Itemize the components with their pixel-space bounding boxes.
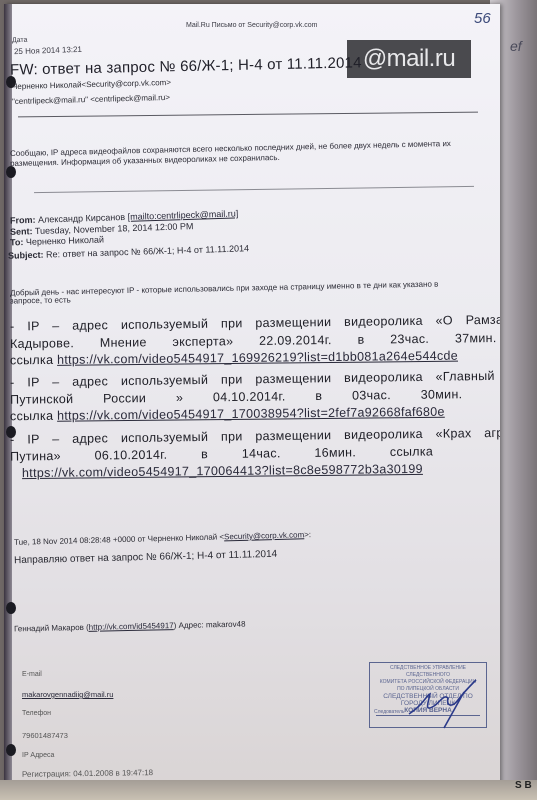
earlier-message-header: Tue, 18 Nov 2014 08:28:48 +0000 от Черне… bbox=[14, 530, 311, 547]
registration-date: Регистрация: 04.01.2008 в 19:47:18 bbox=[22, 768, 153, 779]
phone-value: 79601487473 bbox=[22, 731, 68, 740]
message-to: "centrlipeck@mail.ru" <centrlipeck@mail.… bbox=[12, 93, 170, 106]
printed-email-page: 56 Mail.Ru Письмо от Security@corp.vk.co… bbox=[4, 4, 500, 796]
mailto-link[interactable]: [mailto:centrlipeck@mail.ru] bbox=[127, 208, 238, 221]
print-header: Mail.Ru Письмо от Security@corp.vk.com bbox=[186, 22, 317, 29]
quoted-to: To: Черненко Николай bbox=[10, 235, 104, 248]
profile-name: Геннадий Макаров (http://vk.com/id545491… bbox=[14, 620, 246, 634]
request-item-1-link-row: ссылка https://vk.com/video5454917_16992… bbox=[10, 349, 458, 368]
phone-label: Телефон bbox=[22, 710, 51, 717]
request-item-2-line: - IP – адрес используемый при размещении… bbox=[10, 368, 500, 389]
request-item-3-line: - IP – адрес используемый при размещении… bbox=[10, 425, 500, 446]
date-label: Дата bbox=[12, 37, 28, 45]
earlier-message-text: Направляю ответ на запрос № 66/Ж-1; Н-4 … bbox=[14, 549, 277, 566]
quoted-intro: запросе, то есть bbox=[10, 295, 71, 305]
quoted-intro: Добрый день - нас интересуют IP - которы… bbox=[10, 280, 439, 298]
video-link-3[interactable]: https://vk.com/video5454917_170064413?li… bbox=[22, 462, 423, 480]
security-email-link[interactable]: Security@corp.vk.com bbox=[224, 530, 304, 541]
page-number: 56 bbox=[474, 10, 491, 27]
bottom-edge: S B bbox=[0, 780, 537, 800]
request-item-3-line: Путина» 06.10.2014г. в 14час. 16мин. ссы… bbox=[10, 444, 433, 463]
message-subject: FW: ответ на запрос № 66/Ж-1; Н-4 от 11.… bbox=[10, 54, 362, 78]
handwritten-signature bbox=[404, 676, 484, 736]
request-item-3-link-row: https://vk.com/video5454917_170064413?li… bbox=[22, 462, 423, 480]
request-item-1-line: Кадырове. Мнение эксперта» 22.09.2014г. … bbox=[10, 331, 497, 351]
video-link-1[interactable]: https://vk.com/video5454917_169926219?li… bbox=[57, 349, 458, 367]
message-from: Черненко Николай<Security@corp.vk.com> bbox=[12, 78, 171, 91]
profile-link[interactable]: http://vk.com/id5454917 bbox=[89, 621, 174, 632]
request-item-1-line: - IP – адрес используемый при размещении… bbox=[10, 312, 500, 333]
mailru-logo: @mail.ru bbox=[347, 40, 471, 78]
quote-divider bbox=[34, 186, 474, 193]
message-date: 25 Ноя 2014 13:21 bbox=[14, 45, 82, 56]
bottom-mark: S B bbox=[515, 780, 532, 791]
request-item-2-link-row: ссылка https://vk.com/video5454917_17003… bbox=[10, 405, 445, 424]
back-page-mark: ef bbox=[510, 38, 522, 54]
divider bbox=[18, 112, 478, 118]
binder-hole bbox=[6, 744, 16, 756]
request-item-2-line: Путинской России » 04.10.2014г. в 03час.… bbox=[10, 387, 463, 407]
binder-hole bbox=[6, 602, 16, 614]
email-value[interactable]: makarovgennadiig@mail.ru bbox=[22, 690, 113, 699]
video-link-2[interactable]: https://vk.com/video5454917_170038954?li… bbox=[57, 405, 445, 423]
email-label: E-mail bbox=[22, 671, 42, 678]
ip-label: IP Адреса bbox=[22, 752, 54, 759]
